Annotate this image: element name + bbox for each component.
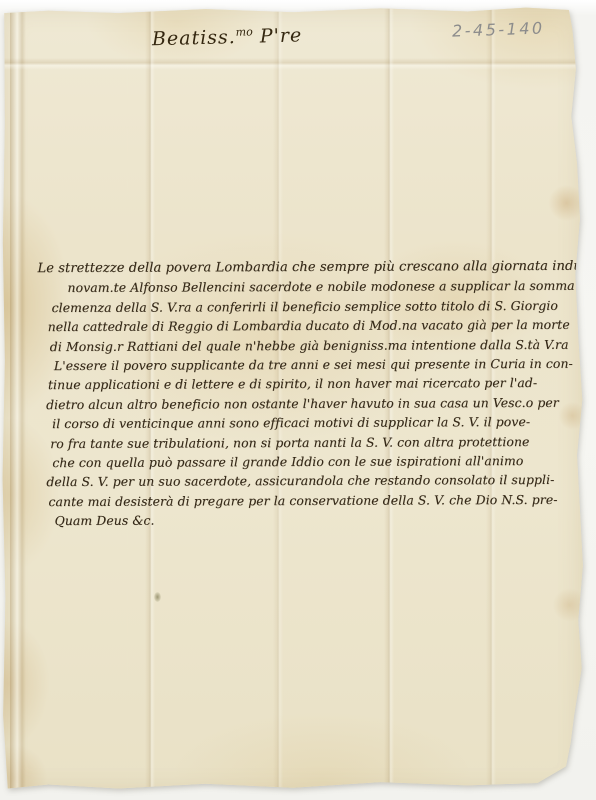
salutation-suffix: P're: [253, 24, 303, 47]
manuscript-line: il corso di venticinque anni sono effica…: [52, 412, 570, 434]
manuscript-line: Le strettezze della povera Lombardia che…: [37, 257, 569, 279]
scanned-document: Beatiss.mo P're 2-45-140 Le strettezze d…: [0, 0, 596, 800]
horizontal-fold-crease: [2, 58, 584, 70]
left-fold-edge: [10, 6, 26, 794]
manuscript-line: di Monsig.r Rattiani del quale n'hebbe g…: [50, 334, 570, 356]
manuscript-line: tinue applicationi e di lettere e di spi…: [48, 373, 570, 395]
archival-number: 2-45-140: [452, 18, 545, 40]
manuscript-line: cante mai desisterà di pregare per la co…: [48, 490, 570, 512]
manuscript-line: clemenza della S. V.ra a conferirli il b…: [52, 296, 570, 318]
manuscript-page: Beatiss.mo P're 2-45-140 Le strettezze d…: [2, 6, 584, 794]
manuscript-line: Quam Deus &c.: [55, 509, 571, 531]
ink-stain: [154, 592, 161, 602]
manuscript-line: che con quella può passare il grande Idd…: [52, 451, 570, 473]
letter-salutation: Beatiss.mo P're: [152, 24, 303, 50]
manuscript-line: novam.te Alfonso Bellencini sacerdote e …: [67, 276, 569, 298]
manuscript-line: nella cattedrale di Reggio di Lombardia …: [48, 315, 570, 337]
paper-sheet-wrap: Beatiss.mo P're 2-45-140 Le strettezze d…: [2, 6, 584, 794]
salutation-superscript: mo: [236, 25, 253, 38]
salutation-main: Beatiss.: [152, 26, 236, 50]
manuscript-line: dietro alcun altro beneficio non ostante…: [46, 393, 570, 415]
manuscript-line: L'essere il povero supplicante da tre an…: [54, 354, 570, 376]
manuscript-line: ro fra tante sue tribulationi, non si po…: [50, 431, 570, 453]
manuscript-line: della S. V. per un suo sacerdote, assicu…: [46, 470, 570, 492]
letter-body: Le strettezze della povera Lombardia che…: [35, 257, 570, 531]
